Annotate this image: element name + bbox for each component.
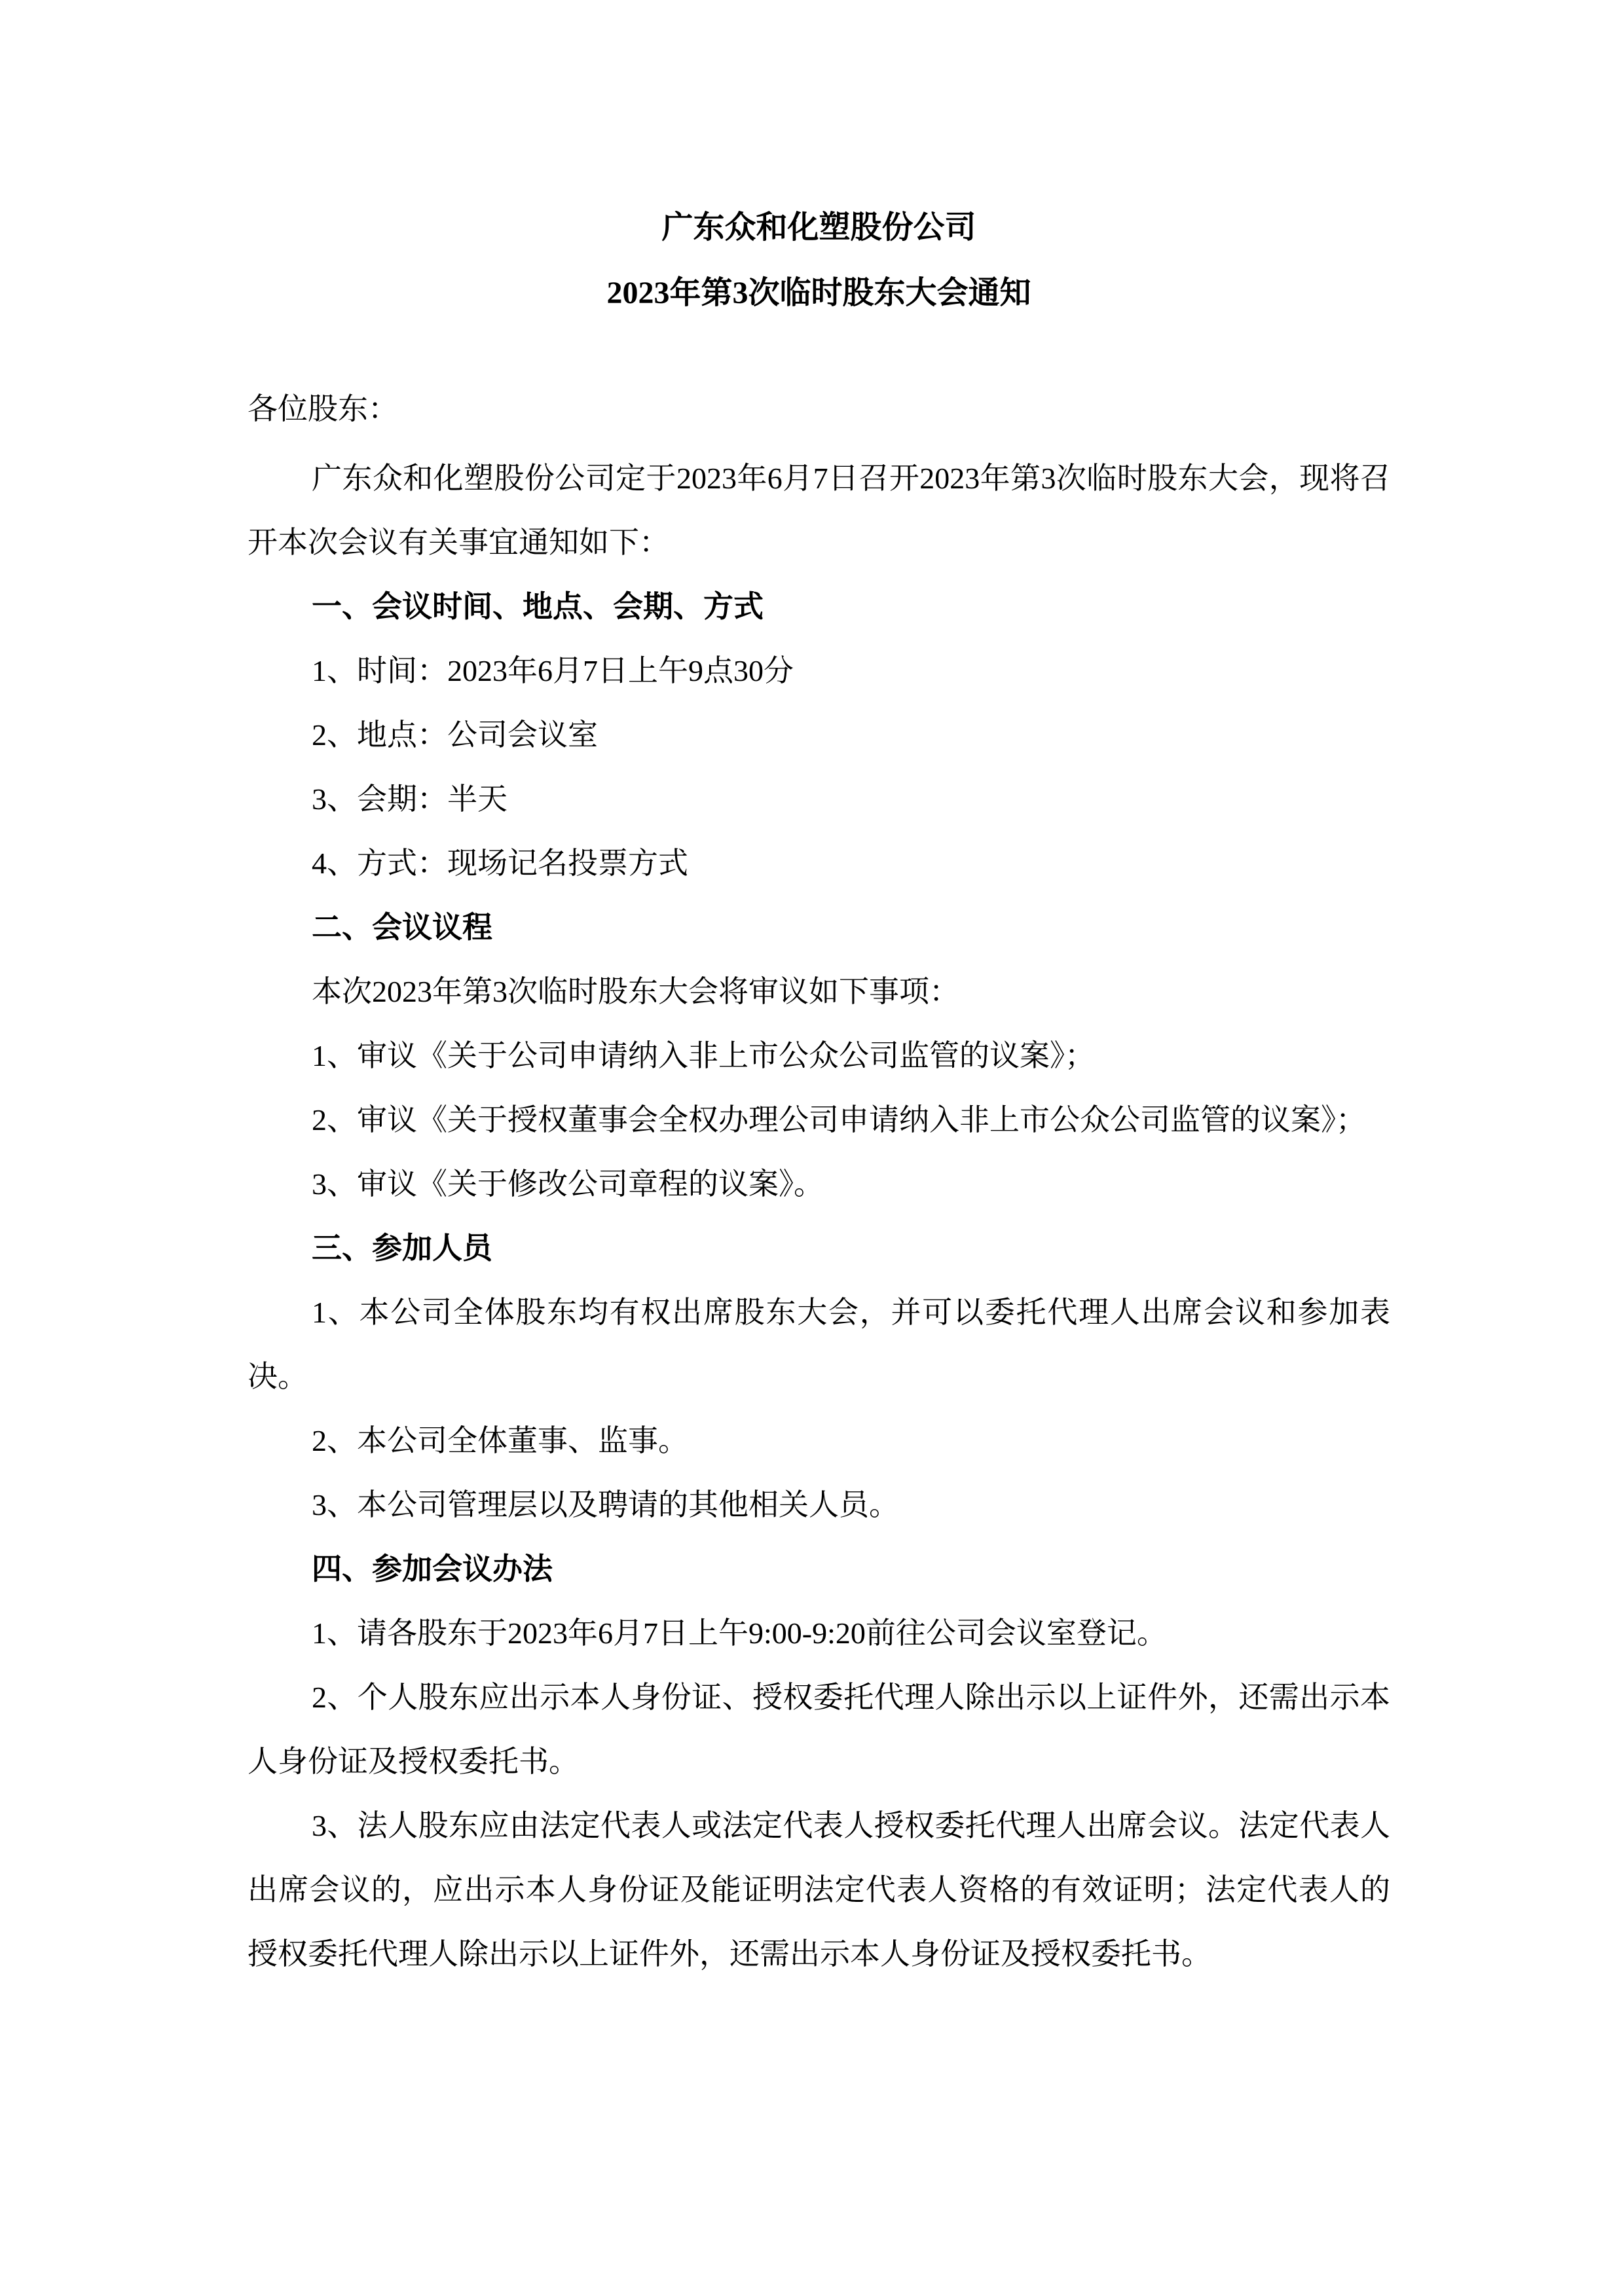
- salutation: 各位股东：: [248, 377, 1390, 441]
- section-4-item-2: 2、个人股东应出示本人身份证、授权委托代理人除出示以上证件外，还需出示本人身份证…: [248, 1666, 1390, 1794]
- section-1-item-4: 4、方式：现场记名投票方式: [248, 831, 1390, 896]
- section-4-item-1: 1、请各股东于2023年6月7日上午9:00-9:20前往公司会议室登记。: [248, 1601, 1390, 1666]
- section-2-item-3: 3、审议《关于修改公司章程的议案》。: [248, 1152, 1390, 1216]
- section-3-item-3: 3、本公司管理层以及聘请的其他相关人员。: [248, 1473, 1390, 1537]
- section-3-item-2: 2、本公司全体董事、监事。: [248, 1409, 1390, 1473]
- intro-paragraph: 广东众和化塑股份公司定于2023年6月7日召开2023年第3次临时股东大会，现将…: [248, 446, 1390, 575]
- section-heading-3: 三、参加人员: [248, 1216, 1390, 1281]
- section-heading-2: 二、会议议程: [248, 896, 1390, 960]
- section-heading-1: 一、会议时间、地点、会期、方式: [248, 575, 1390, 639]
- section-1-item-2: 2、地点：公司会议室: [248, 703, 1390, 767]
- section-heading-4: 四、参加会议办法: [248, 1537, 1390, 1601]
- section-2-item-2: 2、审议《关于授权董事会全权办理公司申请纳入非上市公众公司监管的议案》；: [248, 1088, 1390, 1152]
- section-2-lead: 本次2023年第3次临时股东大会将审议如下事项：: [248, 960, 1390, 1024]
- section-4-item-3: 3、法人股东应由法定代表人或法定代表人授权委托代理人出席会议。法定代表人出席会议…: [248, 1794, 1390, 1986]
- company-title: 广东众和化塑股份公司: [248, 208, 1390, 247]
- section-1-item-3: 3、会期：半天: [248, 767, 1390, 831]
- document-body: 各位股东： 广东众和化塑股份公司定于2023年6月7日召开2023年第3次临时股…: [248, 377, 1390, 1986]
- section-1-item-1: 1、时间：2023年6月7日上午9点30分: [248, 639, 1390, 703]
- section-3-item-1: 1、本公司全体股东均有权出席股东大会，并可以委托代理人出席会议和参加表决。: [248, 1281, 1390, 1409]
- notice-title: 2023年第3次临时股东大会通知: [248, 274, 1390, 313]
- section-2-item-1: 1、审议《关于公司申请纳入非上市公众公司监管的议案》；: [248, 1024, 1390, 1088]
